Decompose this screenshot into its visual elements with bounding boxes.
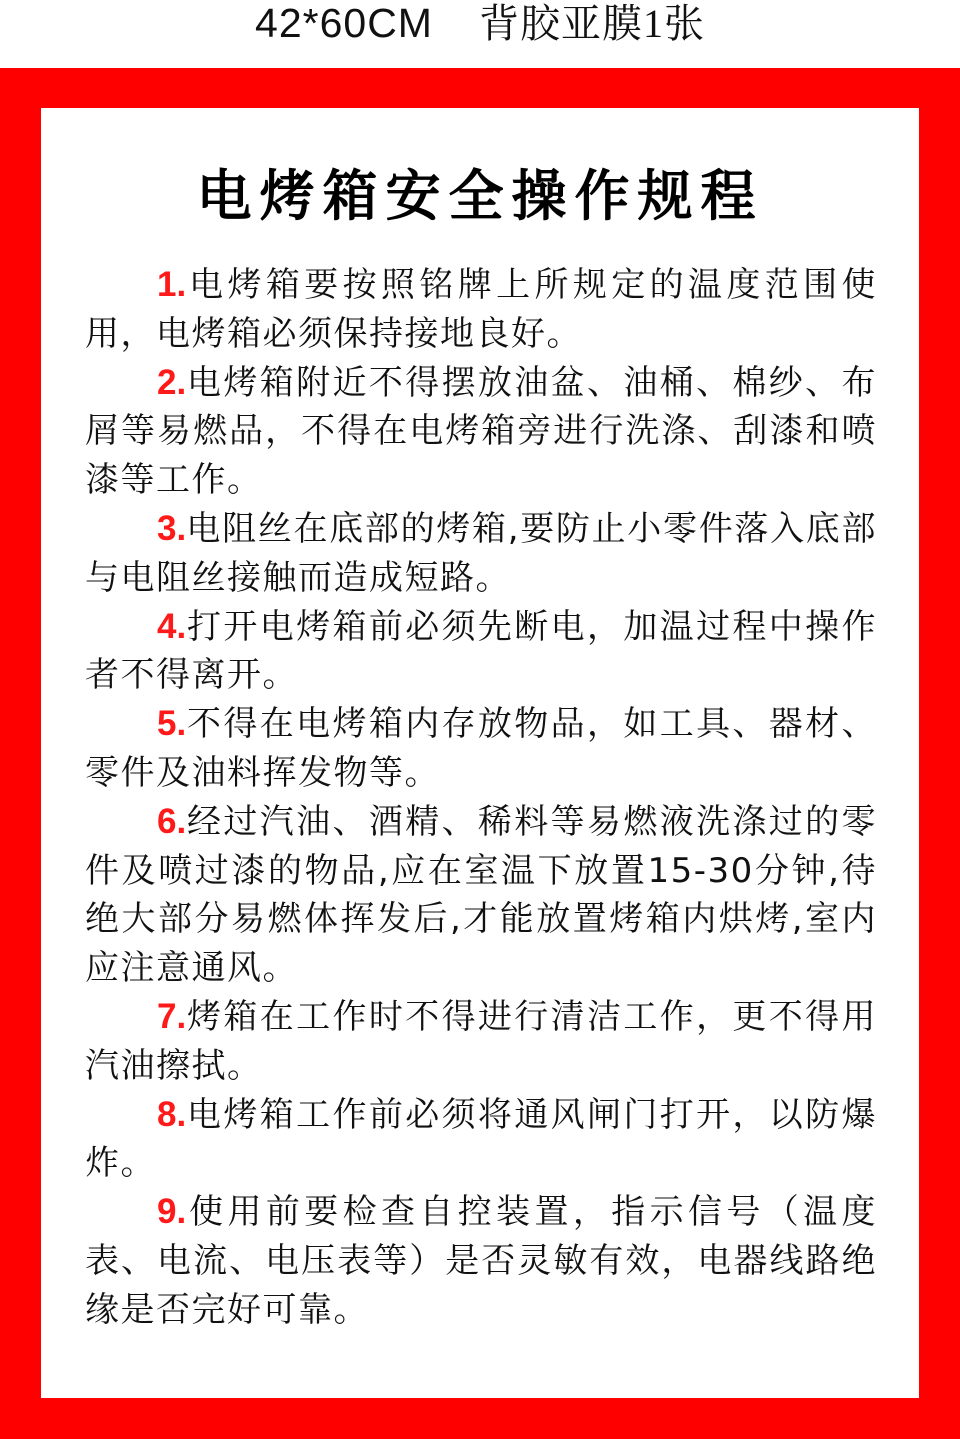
rule-number: 8. [157,1095,186,1134]
rule-item: 3.电阻丝在底部的烤箱,要防止小零件落入底部与电阻丝接触而造成短路。 [85,505,877,603]
rule-number: 2. [157,363,186,402]
rule-text: 不得在电烤箱内存放物品，如工具、器材、零件及油料挥发物等。 [85,704,877,793]
rule-text: 烤箱在工作时不得进行清洁工作，更不得用汽油擦拭。 [85,997,877,1086]
sign-title: 电烤箱安全操作规程 [41,164,919,228]
rule-number: 6. [157,802,186,841]
rule-number: 4. [157,607,186,646]
rule-text: 经过汽油、酒精、稀料等易燃液洗涤过的零件及喷过漆的物品,应在室温下放置15-30… [85,802,877,988]
print-size: 42*60CM [255,0,433,46]
rules-list: 1.电烤箱要按照铭牌上所规定的温度范围使用，电烤箱必须保持接地良好。 2.电烤箱… [85,261,877,1335]
rule-item: 8.电烤箱工作前必须将通风闸门打开，以防爆炸。 [85,1091,877,1189]
rule-number: 5. [157,704,186,743]
rule-item: 5.不得在电烤箱内存放物品，如工具、器材、零件及油料挥发物等。 [85,700,877,798]
rule-item: 4.打开电烤箱前必须先断电，加温过程中操作者不得离开。 [85,603,877,701]
rule-item: 6.经过汽油、酒精、稀料等易燃液洗涤过的零件及喷过漆的物品,应在室温下放置15-… [85,798,877,993]
rule-text: 电烤箱要按照铭牌上所规定的温度范围使用，电烤箱必须保持接地良好。 [85,265,877,354]
rule-number: 1. [157,265,186,304]
rule-text: 电烤箱附近不得摆放油盆、油桶、棉纱、布屑等易燃品，不得在电烤箱旁进行洗涤、刮漆和… [85,363,877,501]
print-material: 背胶亚膜1张 [479,1,705,46]
rule-number: 9. [157,1192,186,1231]
rule-item: 2.电烤箱附近不得摆放油盆、油桶、棉纱、布屑等易燃品，不得在电烤箱旁进行洗涤、刮… [85,359,877,505]
rule-text: 使用前要检查自控装置，指示信号（温度表、电流、电压表等）是否灵敏有效，电器线路绝… [85,1192,877,1330]
rule-text: 电阻丝在底部的烤箱,要防止小零件落入底部与电阻丝接触而造成短路。 [85,509,877,598]
rule-item: 9.使用前要检查自控装置，指示信号（温度表、电流、电压表等）是否灵敏有效，电器线… [85,1188,877,1334]
rule-item: 7.烤箱在工作时不得进行清洁工作，更不得用汽油擦拭。 [85,993,877,1091]
sign-panel: 电烤箱安全操作规程 1.电烤箱要按照铭牌上所规定的温度范围使用，电烤箱必须保持接… [41,108,919,1398]
rule-number: 3. [157,509,186,548]
rule-text: 打开电烤箱前必须先断电，加温过程中操作者不得离开。 [85,607,877,696]
rule-text: 电烤箱工作前必须将通风闸门打开，以防爆炸。 [85,1095,877,1184]
rule-item: 1.电烤箱要按照铭牌上所规定的温度范围使用，电烤箱必须保持接地良好。 [85,261,877,359]
rule-number: 7. [157,997,186,1036]
print-spec-header: 42*60CM背胶亚膜1张 [0,0,960,68]
